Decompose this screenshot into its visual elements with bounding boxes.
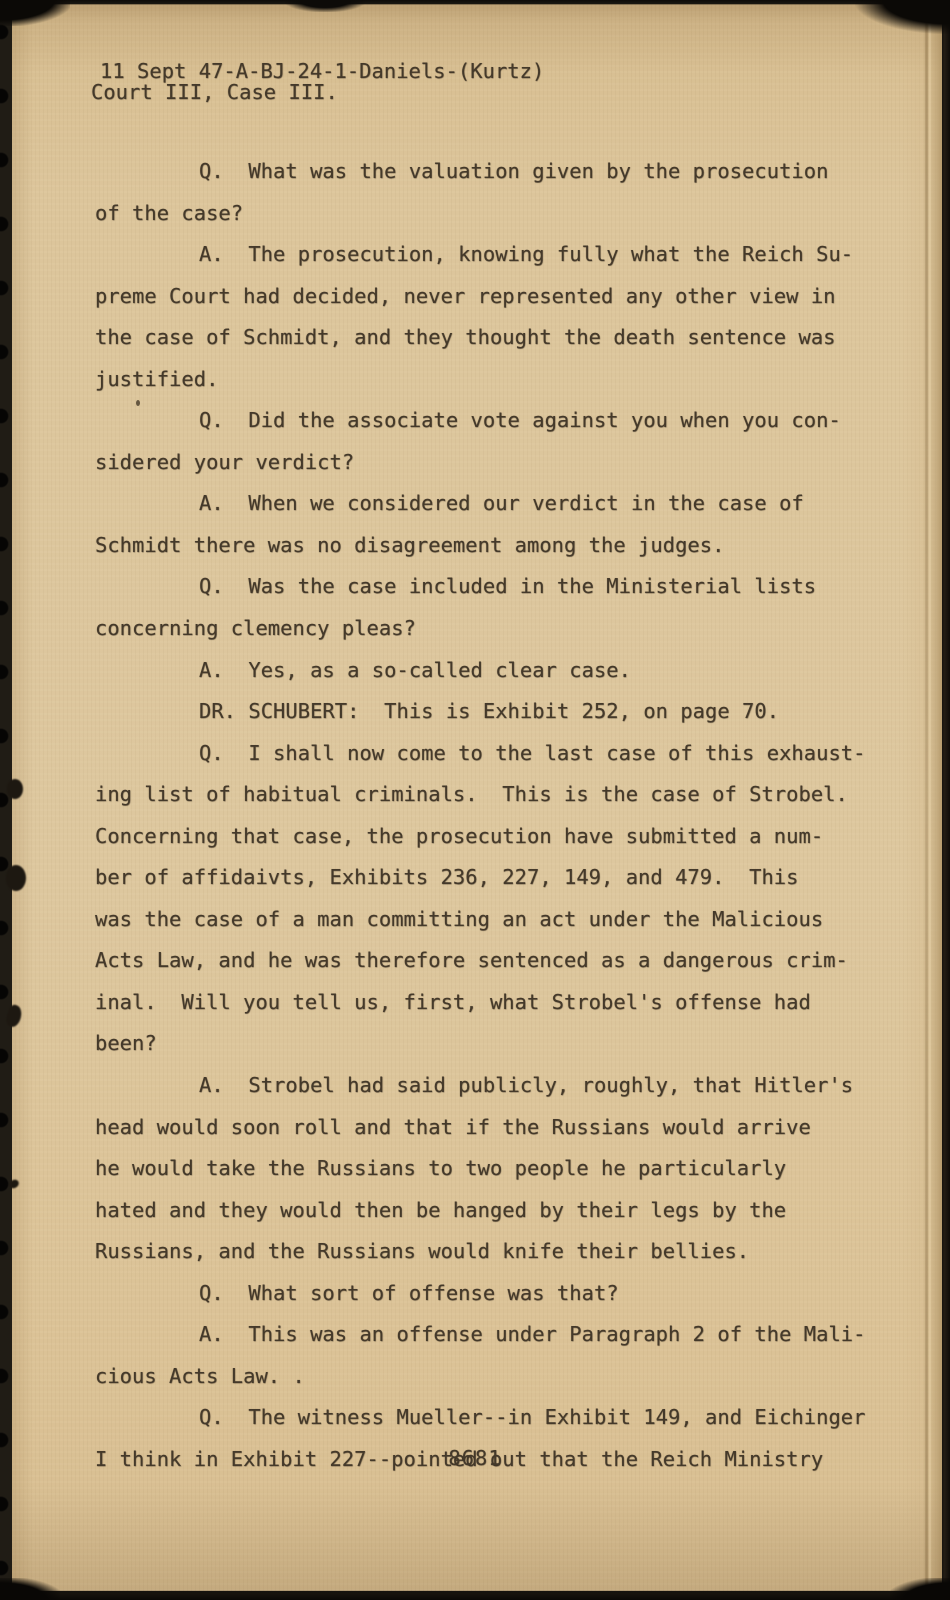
scanned-transcript-page: 11 Sept 47-A-BJ-24-1-Daniels-(Kurtz) Cou…: [0, 0, 950, 1600]
transcript-line: Schmidt there was no disagreement among …: [95, 525, 890, 567]
transcript-line: sidered your verdict?: [95, 442, 890, 484]
transcript-line: A. Yes, as a so-called clear case.: [95, 650, 890, 692]
transcript-line: DR. SCHUBERT: This is Exhibit 252, on pa…: [95, 691, 890, 733]
transcript-line: ing list of habitual criminals. This is …: [95, 774, 890, 816]
transcript-line: ber of affidaivts, Exhibits 236, 227, 14…: [95, 857, 890, 899]
transcript-line: been?: [95, 1023, 890, 1065]
transcript-line: hated and they would then be hanged by t…: [95, 1190, 890, 1232]
transcript-line: A. The prosecution, knowing fully what t…: [95, 234, 890, 276]
transcript-line: justified.: [95, 359, 890, 401]
transcript-line: the case of Schmidt, and they thought th…: [95, 317, 890, 359]
transcript-line: Q. Was the case included in the Minister…: [95, 566, 890, 608]
ink-speck: [136, 400, 140, 406]
transcript-line: A. When we considered our verdict in the…: [95, 483, 890, 525]
transcript-line: A. This was an offense under Paragraph 2…: [95, 1314, 890, 1356]
page-number: 8681: [0, 1446, 950, 1470]
transcript-line: of the case?: [95, 193, 890, 235]
transcript-line: cious Acts Law. .: [95, 1356, 890, 1398]
typewritten-text-layer: 11 Sept 47-A-BJ-24-1-Daniels-(Kurtz) Cou…: [0, 0, 950, 1600]
transcript-line: Acts Law, and he was therefore sentenced…: [95, 940, 890, 982]
transcript-line: he would take the Russians to two people…: [95, 1148, 890, 1190]
court-case-line: Court III, Case III.: [91, 80, 338, 104]
transcript-line: Q. What was the valuation given by the p…: [95, 151, 890, 193]
transcript-line: Concerning that case, the prosecution ha…: [95, 816, 890, 858]
transcript-line: Q. The witness Mueller--in Exhibit 149, …: [95, 1397, 890, 1439]
transcript-line: preme Court had decided, never represent…: [95, 276, 890, 318]
transcript-line: Russians, and the Russians would knife t…: [95, 1231, 890, 1273]
transcript-line: Q. What sort of offense was that?: [95, 1273, 890, 1315]
transcript-line: was the case of a man committing an act …: [95, 899, 890, 941]
transcript-line: Q. I shall now come to the last case of …: [95, 733, 890, 775]
transcript-line: inal. Will you tell us, first, what Stro…: [95, 982, 890, 1024]
transcript-line: concerning clemency pleas?: [95, 608, 890, 650]
transcript-line: A. Strobel had said publicly, roughly, t…: [95, 1065, 890, 1107]
transcript-line: Q. Did the associate vote against you wh…: [95, 400, 890, 442]
transcript-line: head would soon roll and that if the Rus…: [95, 1107, 890, 1149]
transcript-body: Q. What was the valuation given by the p…: [95, 151, 890, 1481]
